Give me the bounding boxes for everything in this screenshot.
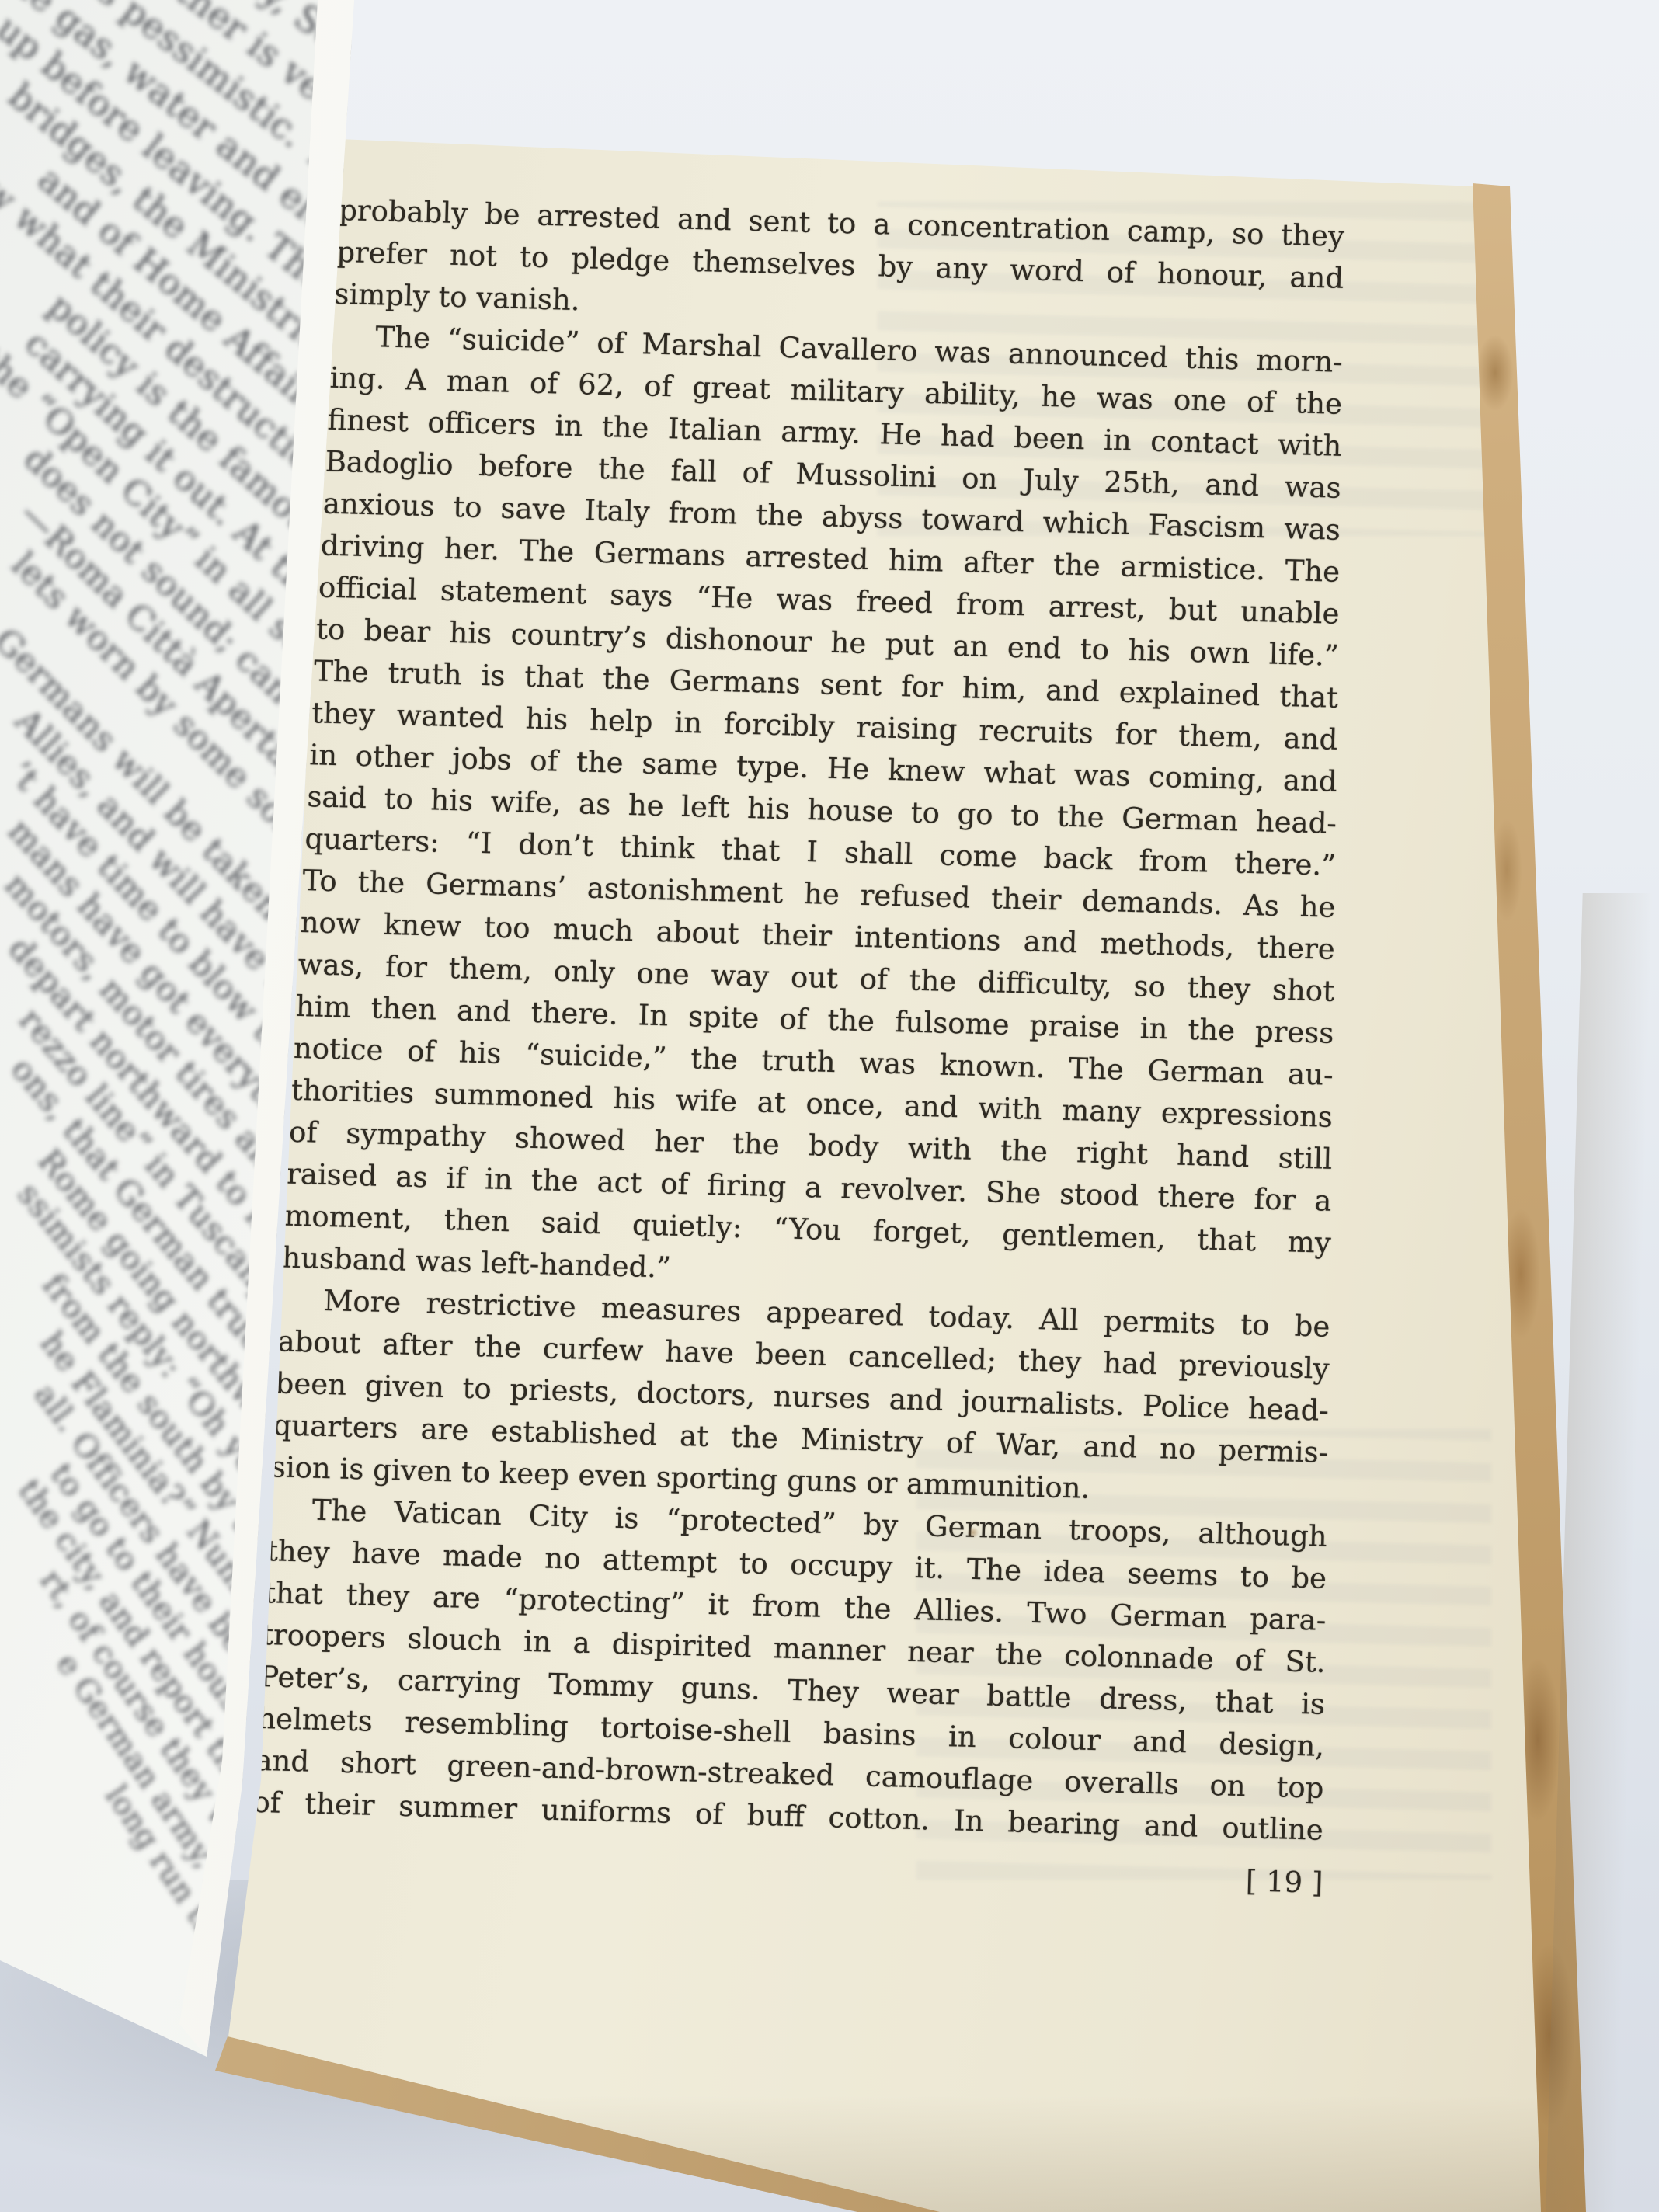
fore-edge-shadow xyxy=(1546,893,1652,2212)
open-book-scene: probably be arrested and sent to a conce… xyxy=(0,0,1659,2212)
foxing-spot xyxy=(967,1527,979,1538)
page-text: probably be arrested and sent to a conce… xyxy=(295,190,1344,1904)
book-photo-canvas: { "colors":{ "right_paper":"#ece8d6", "l… xyxy=(0,0,1659,2212)
